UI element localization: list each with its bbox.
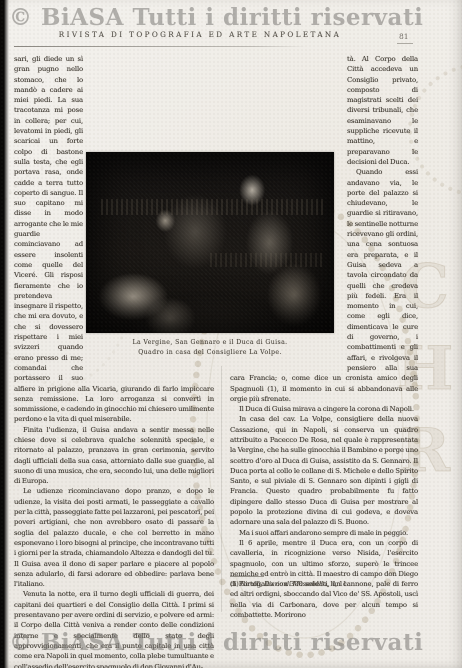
painting-detail-band xyxy=(101,199,324,215)
paragraph: Le udienze ricominciavano dopo pranzo, e… xyxy=(14,486,214,589)
scanned-journal-page: CHR © BiASA Tutti i diritti riservati RI… xyxy=(0,0,462,668)
footnote: (1) Giraffi, Diario di Masaniello, II, 1… xyxy=(230,581,420,588)
header-rule xyxy=(14,46,306,47)
column-divider-line xyxy=(221,366,222,612)
footnote-citation-title: Diario di Masaniello xyxy=(264,581,326,588)
page-number-dash xyxy=(397,43,413,44)
footnote-citation-before: (1) Giraffi, xyxy=(230,581,264,588)
paragraph: Finita l'udienza, il Guisa andava a sent… xyxy=(14,425,214,487)
paragraph: In casa del cav. La Volpe, consigliere d… xyxy=(230,414,418,527)
left-text-column: sari, gli diede un sì gran pugno nello s… xyxy=(14,54,214,668)
paragraph: Il Duca di Guisa mirava a cingere la cor… xyxy=(230,404,418,414)
figure-caption-line1: La Vergine, San Gennaro e il Duca di Gui… xyxy=(86,338,334,348)
paragraph: Ma i suoi affari andarono sempre di male… xyxy=(230,528,418,538)
book-binding-edge xyxy=(0,0,9,668)
figure-caption: La Vergine, San Gennaro e il Duca di Gui… xyxy=(86,338,334,357)
journal-title-header: RIVISTA DI TOPOGRAFIA ED ARTE NAPOLETANA xyxy=(14,30,386,39)
copyright-watermark-bottom: © BiASA Tutti i diritti riservati xyxy=(9,629,423,656)
painting-detail-band xyxy=(210,253,324,267)
paragraph: Il 6 aprile, mentre il Duca era, con un … xyxy=(230,538,418,620)
page-number: 81 xyxy=(399,32,409,41)
footnote-rule xyxy=(230,576,264,577)
painting-la-vergine-san-gennaro-duca-di-guisa xyxy=(86,152,334,333)
footnote-citation-after: , II, 11. xyxy=(327,581,349,588)
figure-caption-line2: Quadro in casa del Consigliere La Volpe. xyxy=(86,348,334,358)
copyright-watermark-top: © BiASA Tutti i diritti riservati xyxy=(9,4,423,31)
